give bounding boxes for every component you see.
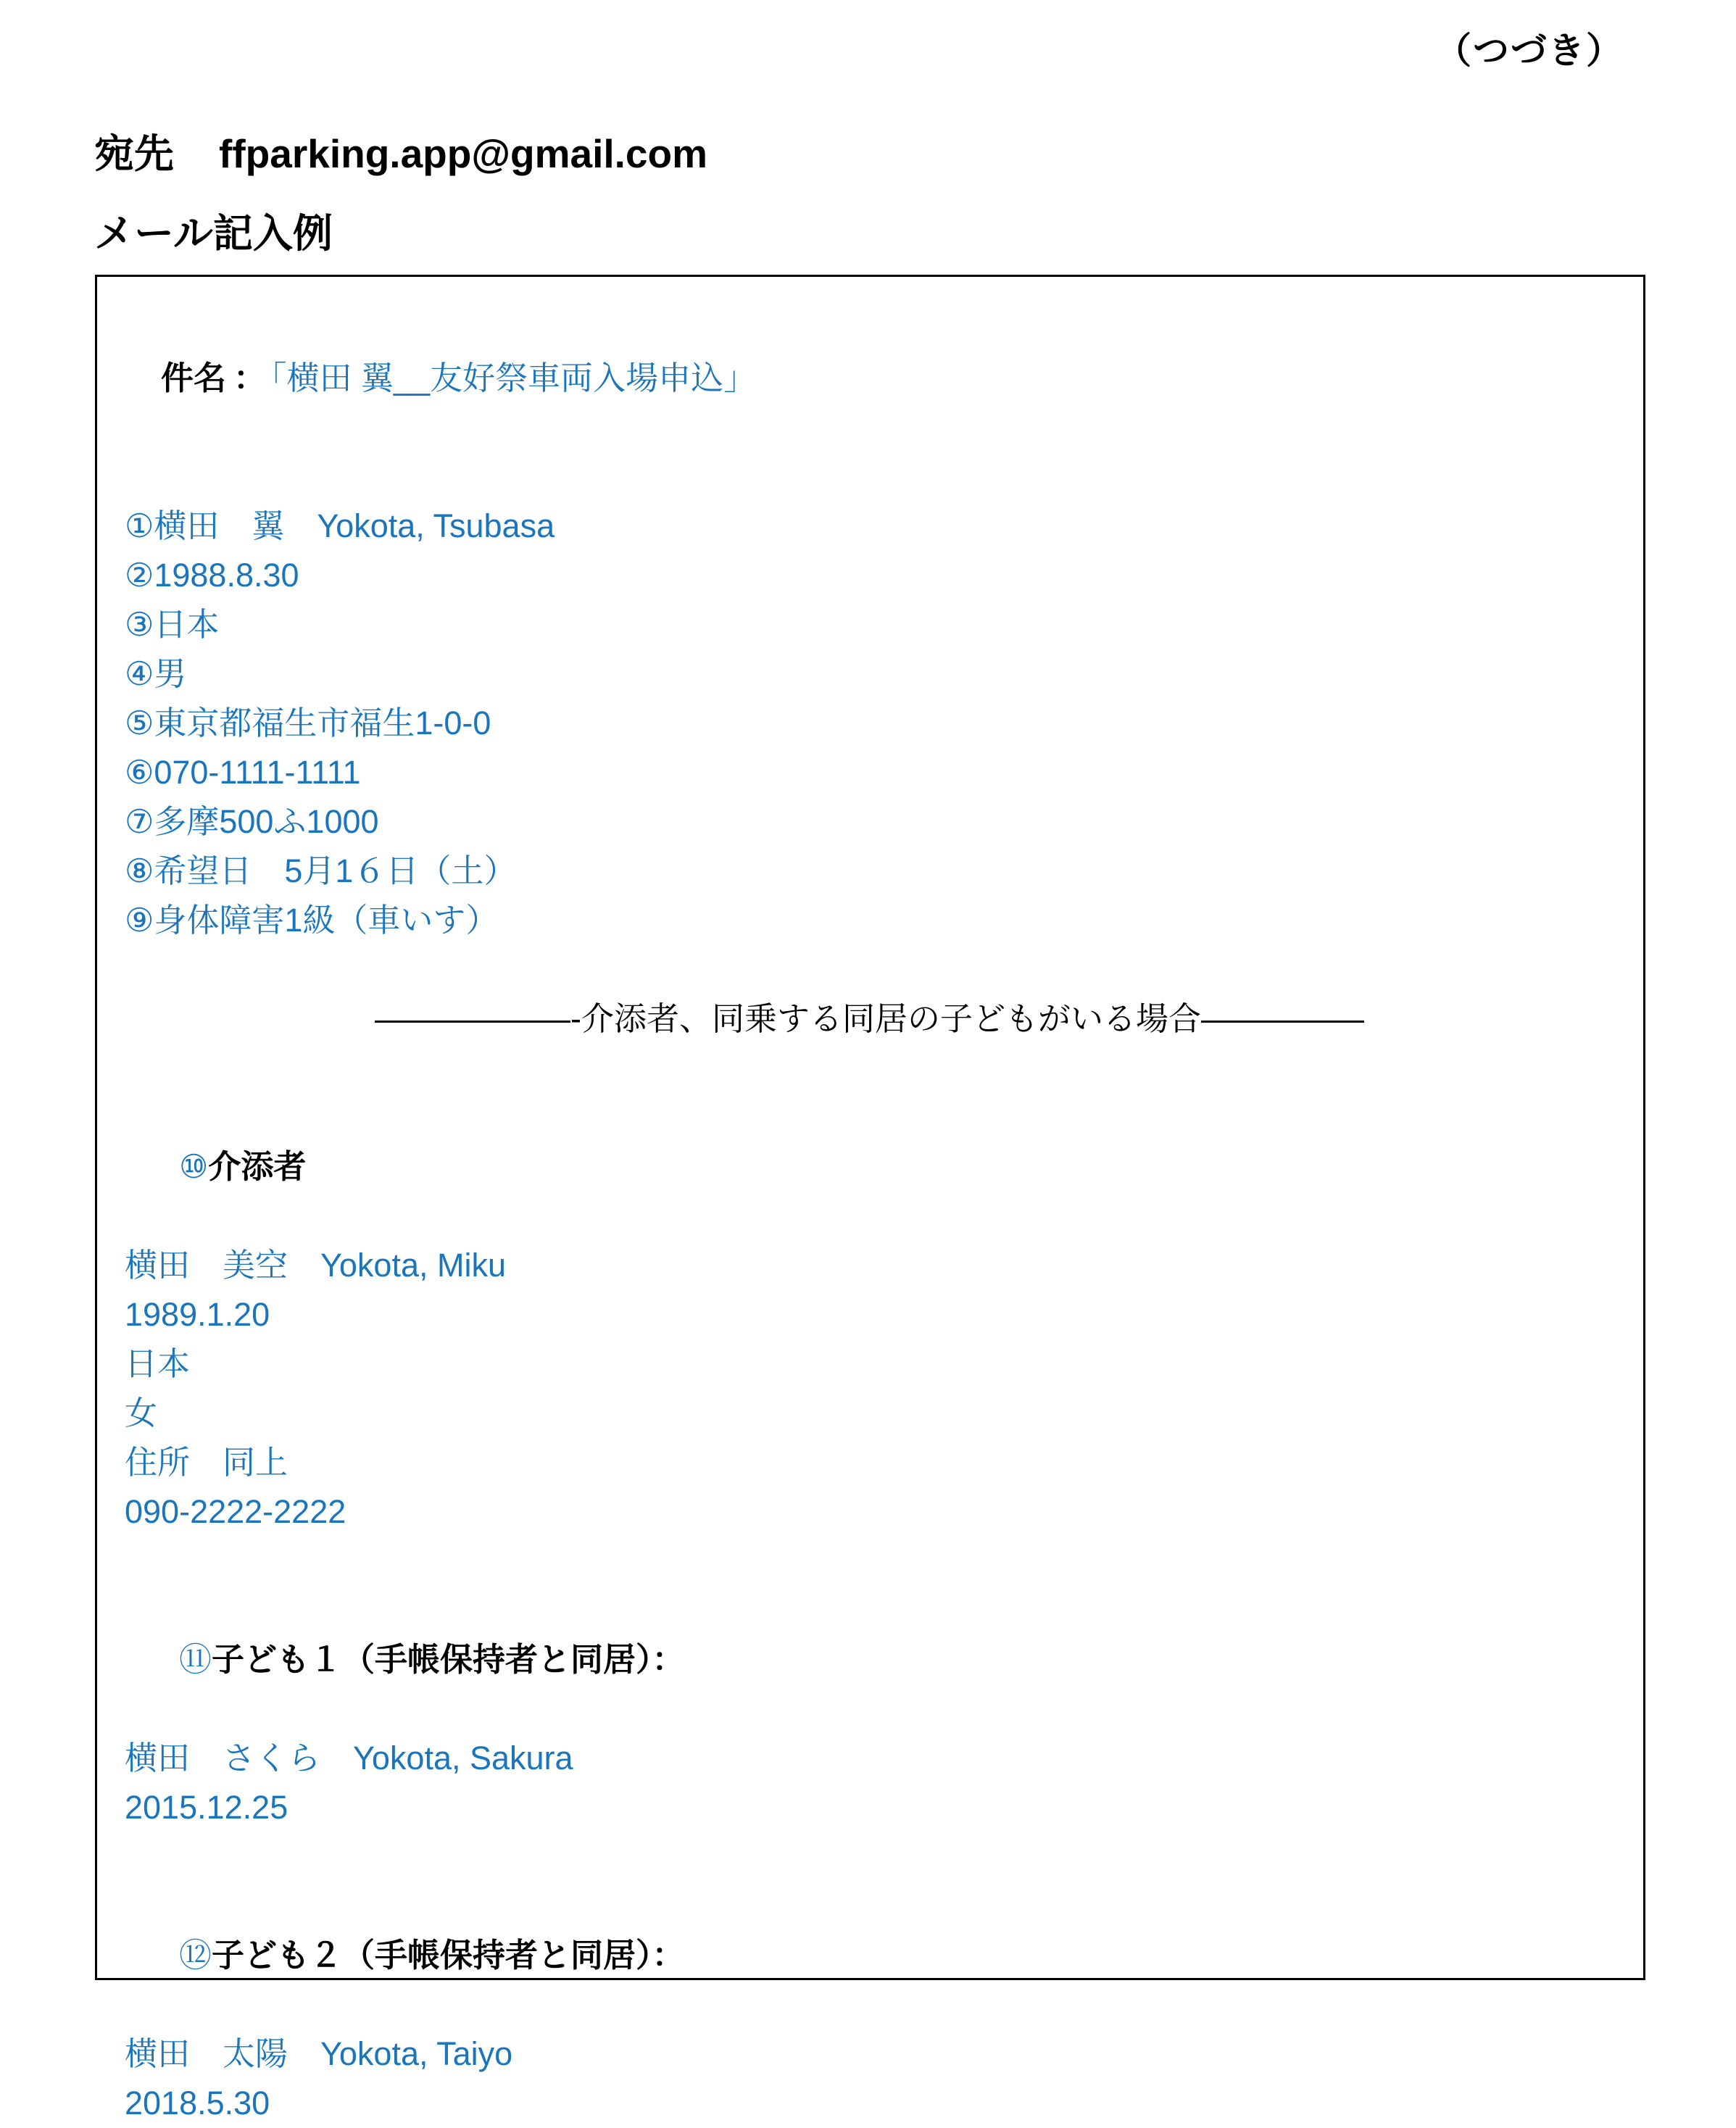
email-line: 横田 美空 Yokota, Miku: [125, 1241, 1614, 1290]
email-line: ⑤東京都福生市福生1-0-0: [125, 699, 1614, 748]
child2-heading-label: 子ども２（手帳保持者と同居）：: [212, 1937, 685, 1974]
subject-colon: ：: [233, 359, 266, 396]
blank-line: [125, 1537, 1614, 1586]
caregiver-section: ⑩介添者 横田 美空 Yokota, Miku1989.1.20日本女住所 同上…: [125, 1093, 1614, 1537]
email-line: 日本: [125, 1339, 1614, 1389]
email-line: 横田 太陽 Yokota, Taiyo: [125, 2029, 1614, 2079]
caregiver-section-number: ⑩: [179, 1148, 208, 1185]
email-line: 2015.12.25: [125, 1783, 1614, 1832]
email-line: ①横田 翼 Yokota, Tsubasa: [125, 502, 1614, 551]
email-line: 2018.5.30: [125, 2079, 1614, 2128]
child1-heading: ⑪子ども１（手帳保持者と同居）：: [125, 1586, 1614, 1734]
child2-section-number: ⑫: [179, 1937, 212, 1974]
continued-note: （つづき）: [1435, 22, 1624, 74]
email-line: 1989.1.20: [125, 1290, 1614, 1339]
subject-value: 「横田 翼__友好祭車両入場申込」: [270, 359, 756, 396]
recipient-line: 宛先ffparking.app@gmail.com: [94, 122, 707, 179]
email-line: ⑧希望日 5月1６日（土）: [125, 847, 1614, 896]
blank-line: [125, 1832, 1614, 1882]
email-line: ⑨身体障害1級（車いす）: [125, 896, 1614, 945]
email-line: ④男: [125, 649, 1614, 699]
child1-info-list: 横田 さくら Yokota, Sakura2015.12.25: [125, 1734, 1614, 1832]
example-title: メール記入例: [94, 201, 333, 259]
caregiver-heading: ⑩介添者: [125, 1093, 1614, 1241]
blank-line: [125, 452, 1614, 502]
email-line: 090-2222-2222: [125, 1487, 1614, 1537]
email-line: ③日本: [125, 600, 1614, 649]
child1-section: ⑪子ども１（手帳保持者と同居）： 横田 さくら Yokota, Sakura20…: [125, 1586, 1614, 1832]
recipient-email: ffparking.app@gmail.com: [219, 131, 707, 176]
email-example-box: 件名：「横田 翼__友好祭車両入場申込」 ①横田 翼 Yokota, Tsuba…: [95, 275, 1645, 1980]
child1-heading-label: 子ども１（手帳保持者と同居）：: [212, 1641, 685, 1678]
child1-section-number: ⑪: [179, 1641, 212, 1678]
email-line: ⑥070-1111-1111: [125, 748, 1614, 797]
section-divider: ——————-介添者、同乗する同居の子どもがいる場合—————: [125, 994, 1614, 1044]
subject-line: 件名：「横田 翼__友好祭車両入場申込」: [125, 304, 1614, 452]
applicant-info-list: ①横田 翼 Yokota, Tsubasa②1988.8.30③日本④男⑤東京都…: [125, 502, 1614, 945]
email-line: 横田 さくら Yokota, Sakura: [125, 1734, 1614, 1783]
child2-heading: ⑫子ども２（手帳保持者と同居）：: [125, 1882, 1614, 2029]
email-line: 住所 同上: [125, 1438, 1614, 1487]
email-line: ⑦多摩500ふ1000: [125, 797, 1614, 847]
caregiver-heading-label: 介添者: [208, 1148, 306, 1185]
recipient-label: 宛先: [94, 131, 174, 176]
blank-line: [125, 945, 1614, 994]
caregiver-info-list: 横田 美空 Yokota, Miku1989.1.20日本女住所 同上090-2…: [125, 1241, 1614, 1537]
subject-label: 件名: [161, 359, 226, 396]
child2-section: ⑫子ども２（手帳保持者と同居）： 横田 太陽 Yokota, Taiyo2018…: [125, 1882, 1614, 2128]
child2-info-list: 横田 太陽 Yokota, Taiyo2018.5.30: [125, 2029, 1614, 2128]
blank-line: [125, 1044, 1614, 1093]
email-line: 女: [125, 1389, 1614, 1438]
email-line: ②1988.8.30: [125, 551, 1614, 600]
